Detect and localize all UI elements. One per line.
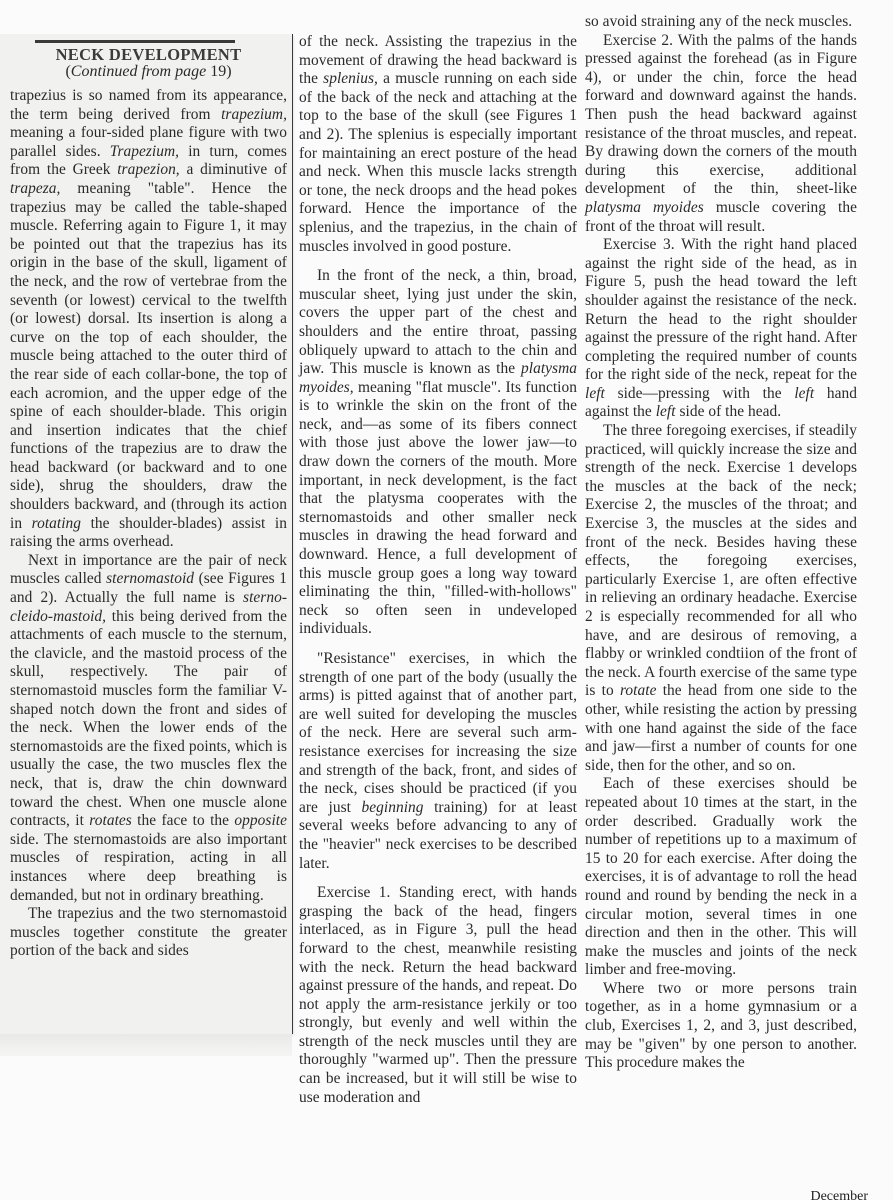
text-run: Exercise 1. Standing erect, with hands g… bbox=[299, 884, 577, 1106]
paragraph: so avoid straining any of the neck muscl… bbox=[585, 13, 857, 32]
continued-page: 19 bbox=[210, 63, 226, 80]
paragraph: of the neck. Assisting the trapezius in … bbox=[299, 33, 577, 256]
italic-term: trapezion, bbox=[117, 161, 180, 178]
text-run: Exercise 2. With the palms of the hands … bbox=[585, 32, 857, 198]
italic-term: trapezium, bbox=[221, 106, 287, 123]
italic-term: left bbox=[585, 385, 605, 402]
text-run: side—pressing with the bbox=[605, 385, 794, 402]
text-run: Where two or more persons train together… bbox=[585, 980, 857, 1071]
text-run: side of the head. bbox=[676, 403, 782, 420]
text-column-3: so avoid straining any of the neck muscl… bbox=[585, 13, 857, 1073]
paragraph: The three foregoing exercises, if steadi… bbox=[585, 422, 857, 775]
italic-term: trapeza, bbox=[10, 180, 60, 197]
text-run: so avoid straining any of the neck muscl… bbox=[585, 13, 852, 30]
italic-term: rotate bbox=[620, 682, 657, 699]
paragraph: Exercise 3. With the right hand placed a… bbox=[585, 236, 857, 422]
paragraph: In the front of the neck, a thin, broad,… bbox=[299, 267, 577, 639]
paragraph: "Resistance" exercises, in which the str… bbox=[299, 650, 577, 873]
paragraph: Each of these exercises should be repeat… bbox=[585, 775, 857, 980]
italic-term: beginning bbox=[362, 799, 424, 816]
text-run: Each of these exercises should be repeat… bbox=[585, 775, 857, 978]
text-run: side. The sternomastoids are also import… bbox=[10, 831, 287, 904]
text-run: The three foregoing exercises, if steadi… bbox=[585, 422, 857, 699]
italic-term: platysma myoides bbox=[585, 199, 704, 216]
text-run: a muscle running on each side of the bac… bbox=[299, 70, 577, 254]
paragraph: Exercise 1. Standing erect, with hands g… bbox=[299, 884, 577, 1107]
continued-label: Continued from page bbox=[71, 63, 206, 80]
heading-rule bbox=[35, 40, 235, 43]
italic-term: sternomastoid bbox=[106, 570, 194, 587]
text-run: the face to the bbox=[132, 812, 235, 829]
paragraph: trapezius is so named from its appearanc… bbox=[10, 87, 287, 552]
italic-term: left bbox=[656, 403, 676, 420]
italic-term: opposite bbox=[234, 812, 287, 829]
italic-term: Trapezium, bbox=[110, 143, 179, 160]
page-footer-month: December bbox=[810, 1189, 868, 1200]
italic-term: rotates bbox=[89, 812, 132, 829]
paragraph: The trapezius and the two sternomastoid … bbox=[10, 905, 287, 961]
text-run: this being derived from the attachments … bbox=[10, 608, 287, 830]
text-column-2: of the neck. Assisting the trapezius in … bbox=[299, 33, 577, 1107]
paragraph: Next in importance are the pair of neck … bbox=[10, 552, 287, 905]
text-run: meaning "table". Hence the trapezius may… bbox=[10, 180, 287, 532]
text-run: a diminutive of bbox=[180, 161, 287, 178]
text-run: "Resistance" exercises, in which the str… bbox=[299, 650, 577, 816]
italic-term: rotating bbox=[32, 515, 81, 532]
paragraph: Exercise 2. With the palms of the hands … bbox=[585, 32, 857, 237]
text-run: meaning "flat muscle". Its function is t… bbox=[299, 379, 577, 638]
text-column-1: trapezius is so named from its appearanc… bbox=[10, 87, 287, 961]
text-run: The trapezius and the two sternomastoid … bbox=[10, 905, 287, 959]
text-run: Exercise 3. With the right hand placed a… bbox=[585, 236, 857, 383]
article-title: NECK DEVELOPMENT bbox=[10, 45, 287, 65]
paragraph: Where two or more persons train together… bbox=[585, 980, 857, 1073]
italic-term: splenius, bbox=[323, 70, 378, 87]
italic-term: left bbox=[794, 385, 814, 402]
continued-note: (Continued from page 19) bbox=[10, 63, 287, 81]
